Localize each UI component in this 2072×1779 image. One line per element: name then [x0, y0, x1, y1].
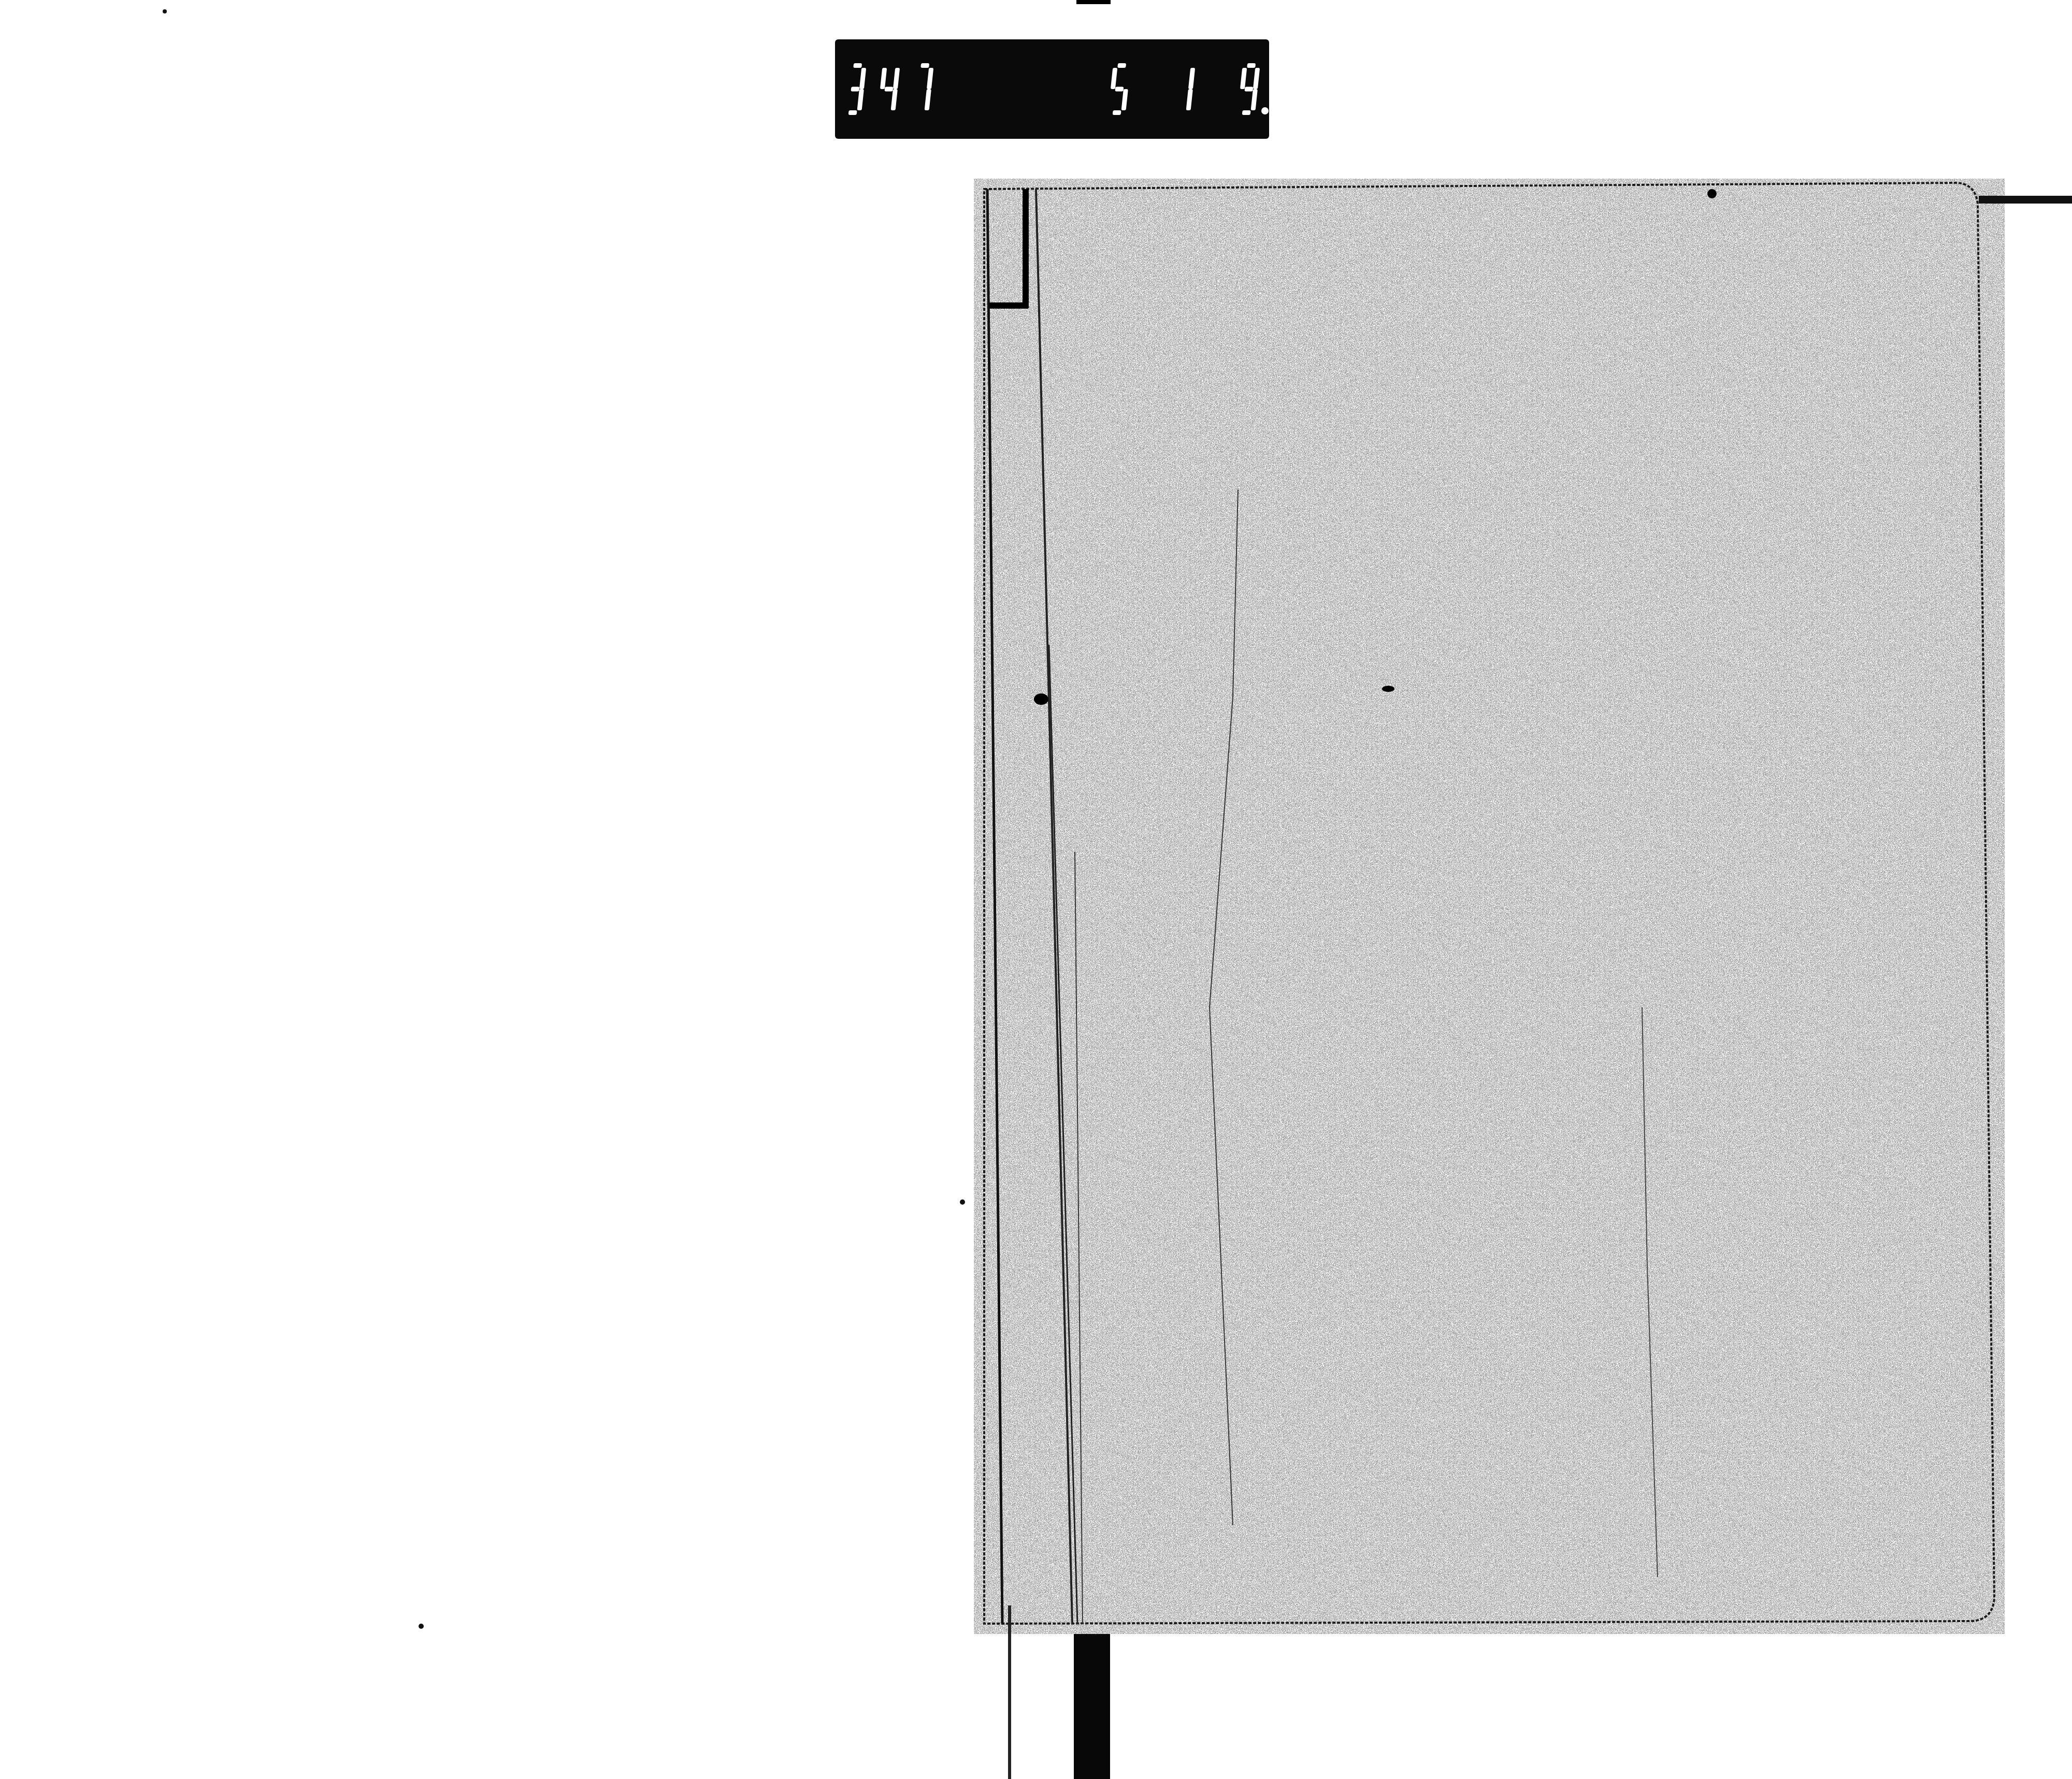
speck: [163, 9, 167, 13]
speck: [960, 1199, 965, 1205]
speck: [419, 1624, 424, 1629]
bookmark-ribbon: [1074, 1634, 1110, 1779]
right-edge-strip: [1979, 196, 2072, 204]
catalog-number-label: [835, 39, 1269, 139]
seven-segment-digits: [835, 39, 1269, 139]
spine-edge-line: [1008, 1606, 1011, 1779]
book-cover: [974, 179, 2005, 1634]
top-edge-mark: [1076, 0, 1111, 4]
